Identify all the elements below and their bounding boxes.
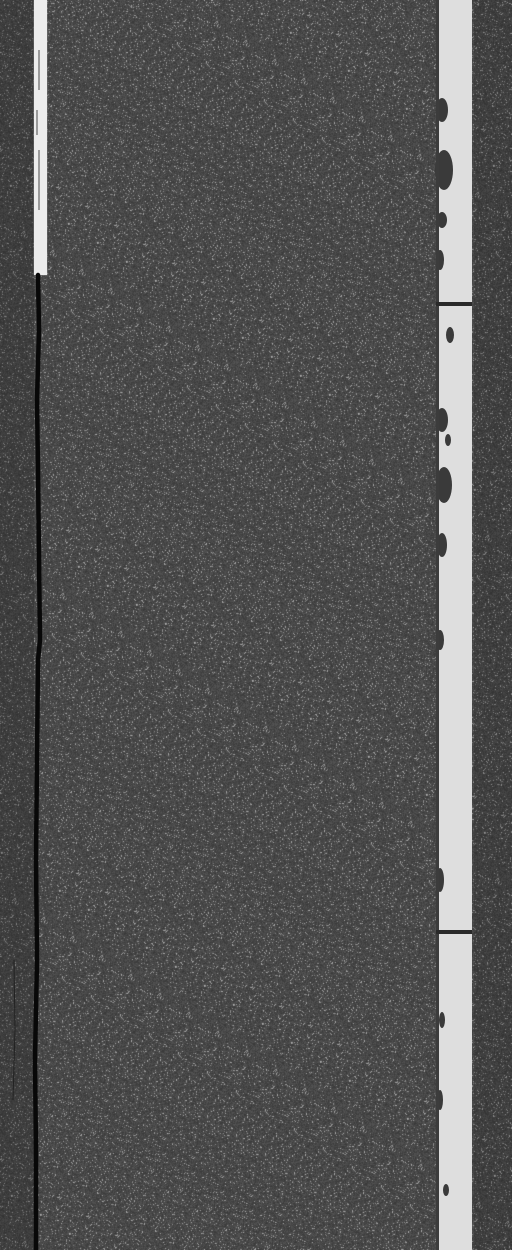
longitudinal-crack xyxy=(0,0,60,1250)
transverse-mark xyxy=(436,930,472,934)
transverse-mark xyxy=(436,302,472,306)
right-line-wear xyxy=(420,0,480,1250)
asphalt-road-photo: Top-down grayscale photograph of an asph… xyxy=(0,0,512,1250)
